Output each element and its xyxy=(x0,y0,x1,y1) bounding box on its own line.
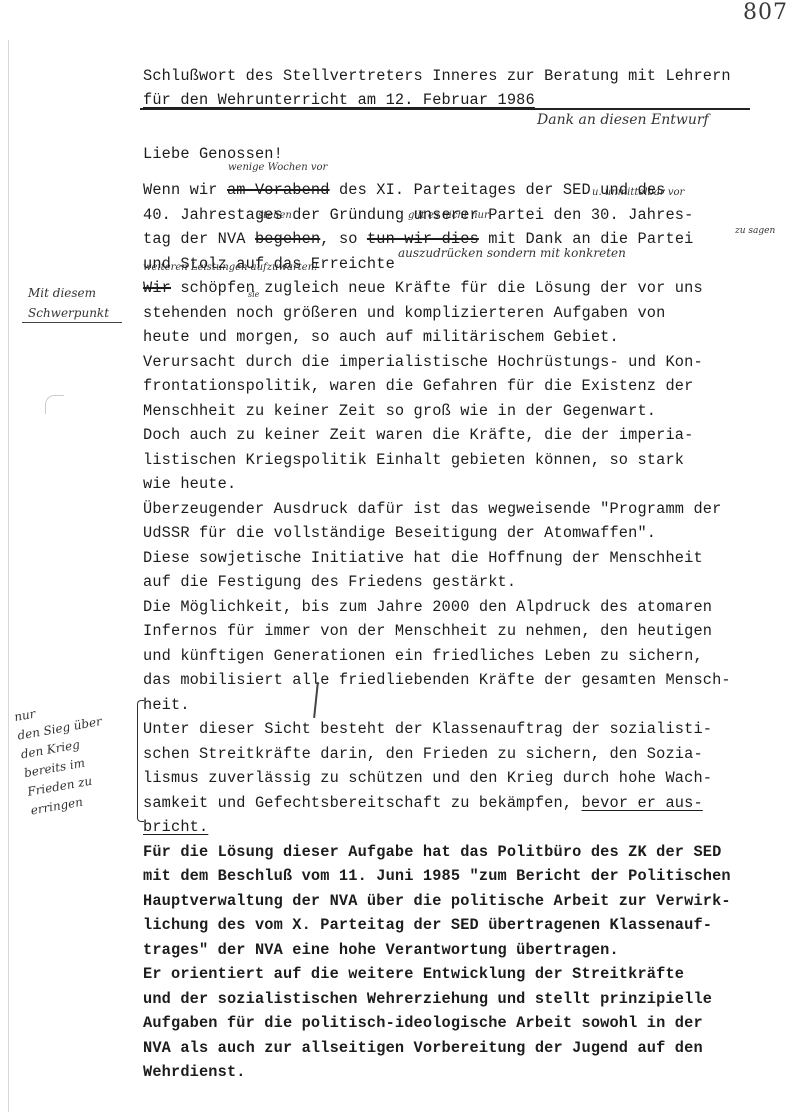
underlined-text: bevor er aus- xyxy=(582,794,703,812)
faint-mark xyxy=(45,395,64,414)
text-line: Wehrdienst. xyxy=(143,1063,246,1081)
text-line: und künftigen Generationen ein friedlich… xyxy=(143,647,703,665)
text-line: samkeit und Gefechtsbereitschaft zu bekä… xyxy=(143,794,582,812)
text-line: Überzeugender Ausdruck dafür ist das weg… xyxy=(143,500,721,518)
page-number: 807 xyxy=(743,0,788,25)
text-line: listischen Kriegspolitik Einhalt gebiete… xyxy=(143,451,684,469)
text-line: und der sozialistischen Wehrerziehung un… xyxy=(143,990,712,1008)
margin-note-underline xyxy=(22,322,122,323)
margin-note-line: nur xyxy=(13,707,36,724)
text-line: heit. xyxy=(143,696,190,714)
text-line: Aufgaben für die politisch-ideologische … xyxy=(143,1014,703,1032)
document-title: Schlußwort des Stellvertreters Inneres z… xyxy=(143,64,793,112)
text-line: das mobilisiert alle friedliebenden Kräf… xyxy=(143,671,731,689)
text-line: Er orientiert auf die weitere Entwicklun… xyxy=(143,965,684,983)
text-line: mit dem Beschluß vom 11. Juni 1985 "zum … xyxy=(143,867,731,885)
margin-note-line: erringen xyxy=(30,795,84,818)
title-line-2: für den Wehrunterricht am 12. Februar 19… xyxy=(143,91,535,109)
margin-note-frieden: nurden Sieg überden Kriegbereits imFried… xyxy=(13,693,117,820)
text-line: Doch auch zu keiner Zeit waren die Kräft… xyxy=(143,426,693,444)
paragraph-4: Für die Lösung dieser Aufgabe hat das Po… xyxy=(143,840,793,1085)
text-line: trages" der NVA eine hohe Verantwortung … xyxy=(143,941,619,959)
title-underline xyxy=(140,108,750,110)
paragraph-1: Wenn wir am Vorabend des XI. Parteitages… xyxy=(143,178,793,350)
title-annotation: Dank an diesen Entwurf xyxy=(537,112,709,128)
text-line: lismus zuverlässig zu schützen und den K… xyxy=(143,769,712,787)
text-line: Unter dieser Sicht besteht der Klassenau… xyxy=(143,720,712,738)
text-line: Diese sowjetische Initiative hat die Hof… xyxy=(143,549,703,567)
text-line: wie heute. xyxy=(143,475,236,493)
title-line-1: Schlußwort des Stellvertreters Inneres z… xyxy=(143,67,731,85)
paragraph-3: Unter dieser Sicht besteht der Klassenau… xyxy=(143,717,793,840)
text-line: lichung des vom X. Parteitag der SED übe… xyxy=(143,916,712,934)
text-line: schen Streitkräfte darin, den Frieden zu… xyxy=(143,745,703,763)
text-line: Hauptverwaltung der NVA über die politis… xyxy=(143,892,731,910)
text-line: Die Möglichkeit, bis zum Jahre 2000 den … xyxy=(143,598,712,616)
text-line: frontationspolitik, waren die Gefahren f… xyxy=(143,377,693,395)
text-line: Für die Lösung dieser Aufgabe hat das Po… xyxy=(143,843,721,861)
text-line: UdSSR für die vollständige Beseitigung d… xyxy=(143,524,656,542)
text-line: auf die Festigung des Friedens gestärkt. xyxy=(143,573,516,591)
annotation-above-line1: wenige Wochen vor xyxy=(228,162,327,173)
underlined-text: bricht. xyxy=(143,818,208,836)
text-line: Menschheit zu keiner Zeit so groß wie in… xyxy=(143,402,656,420)
text-line: Verursacht durch die imperialistische Ho… xyxy=(143,353,703,371)
page-edge xyxy=(8,40,9,1112)
margin-note-schwerpunkt: Mit diesemSchwerpunkt xyxy=(28,283,109,323)
text-line: Infernos für immer von der Menschheit zu… xyxy=(143,622,712,640)
paragraph-2: Verursacht durch die imperialistische Ho… xyxy=(143,350,793,718)
text-line: NVA als auch zur allseitigen Vorbereitun… xyxy=(143,1039,703,1057)
